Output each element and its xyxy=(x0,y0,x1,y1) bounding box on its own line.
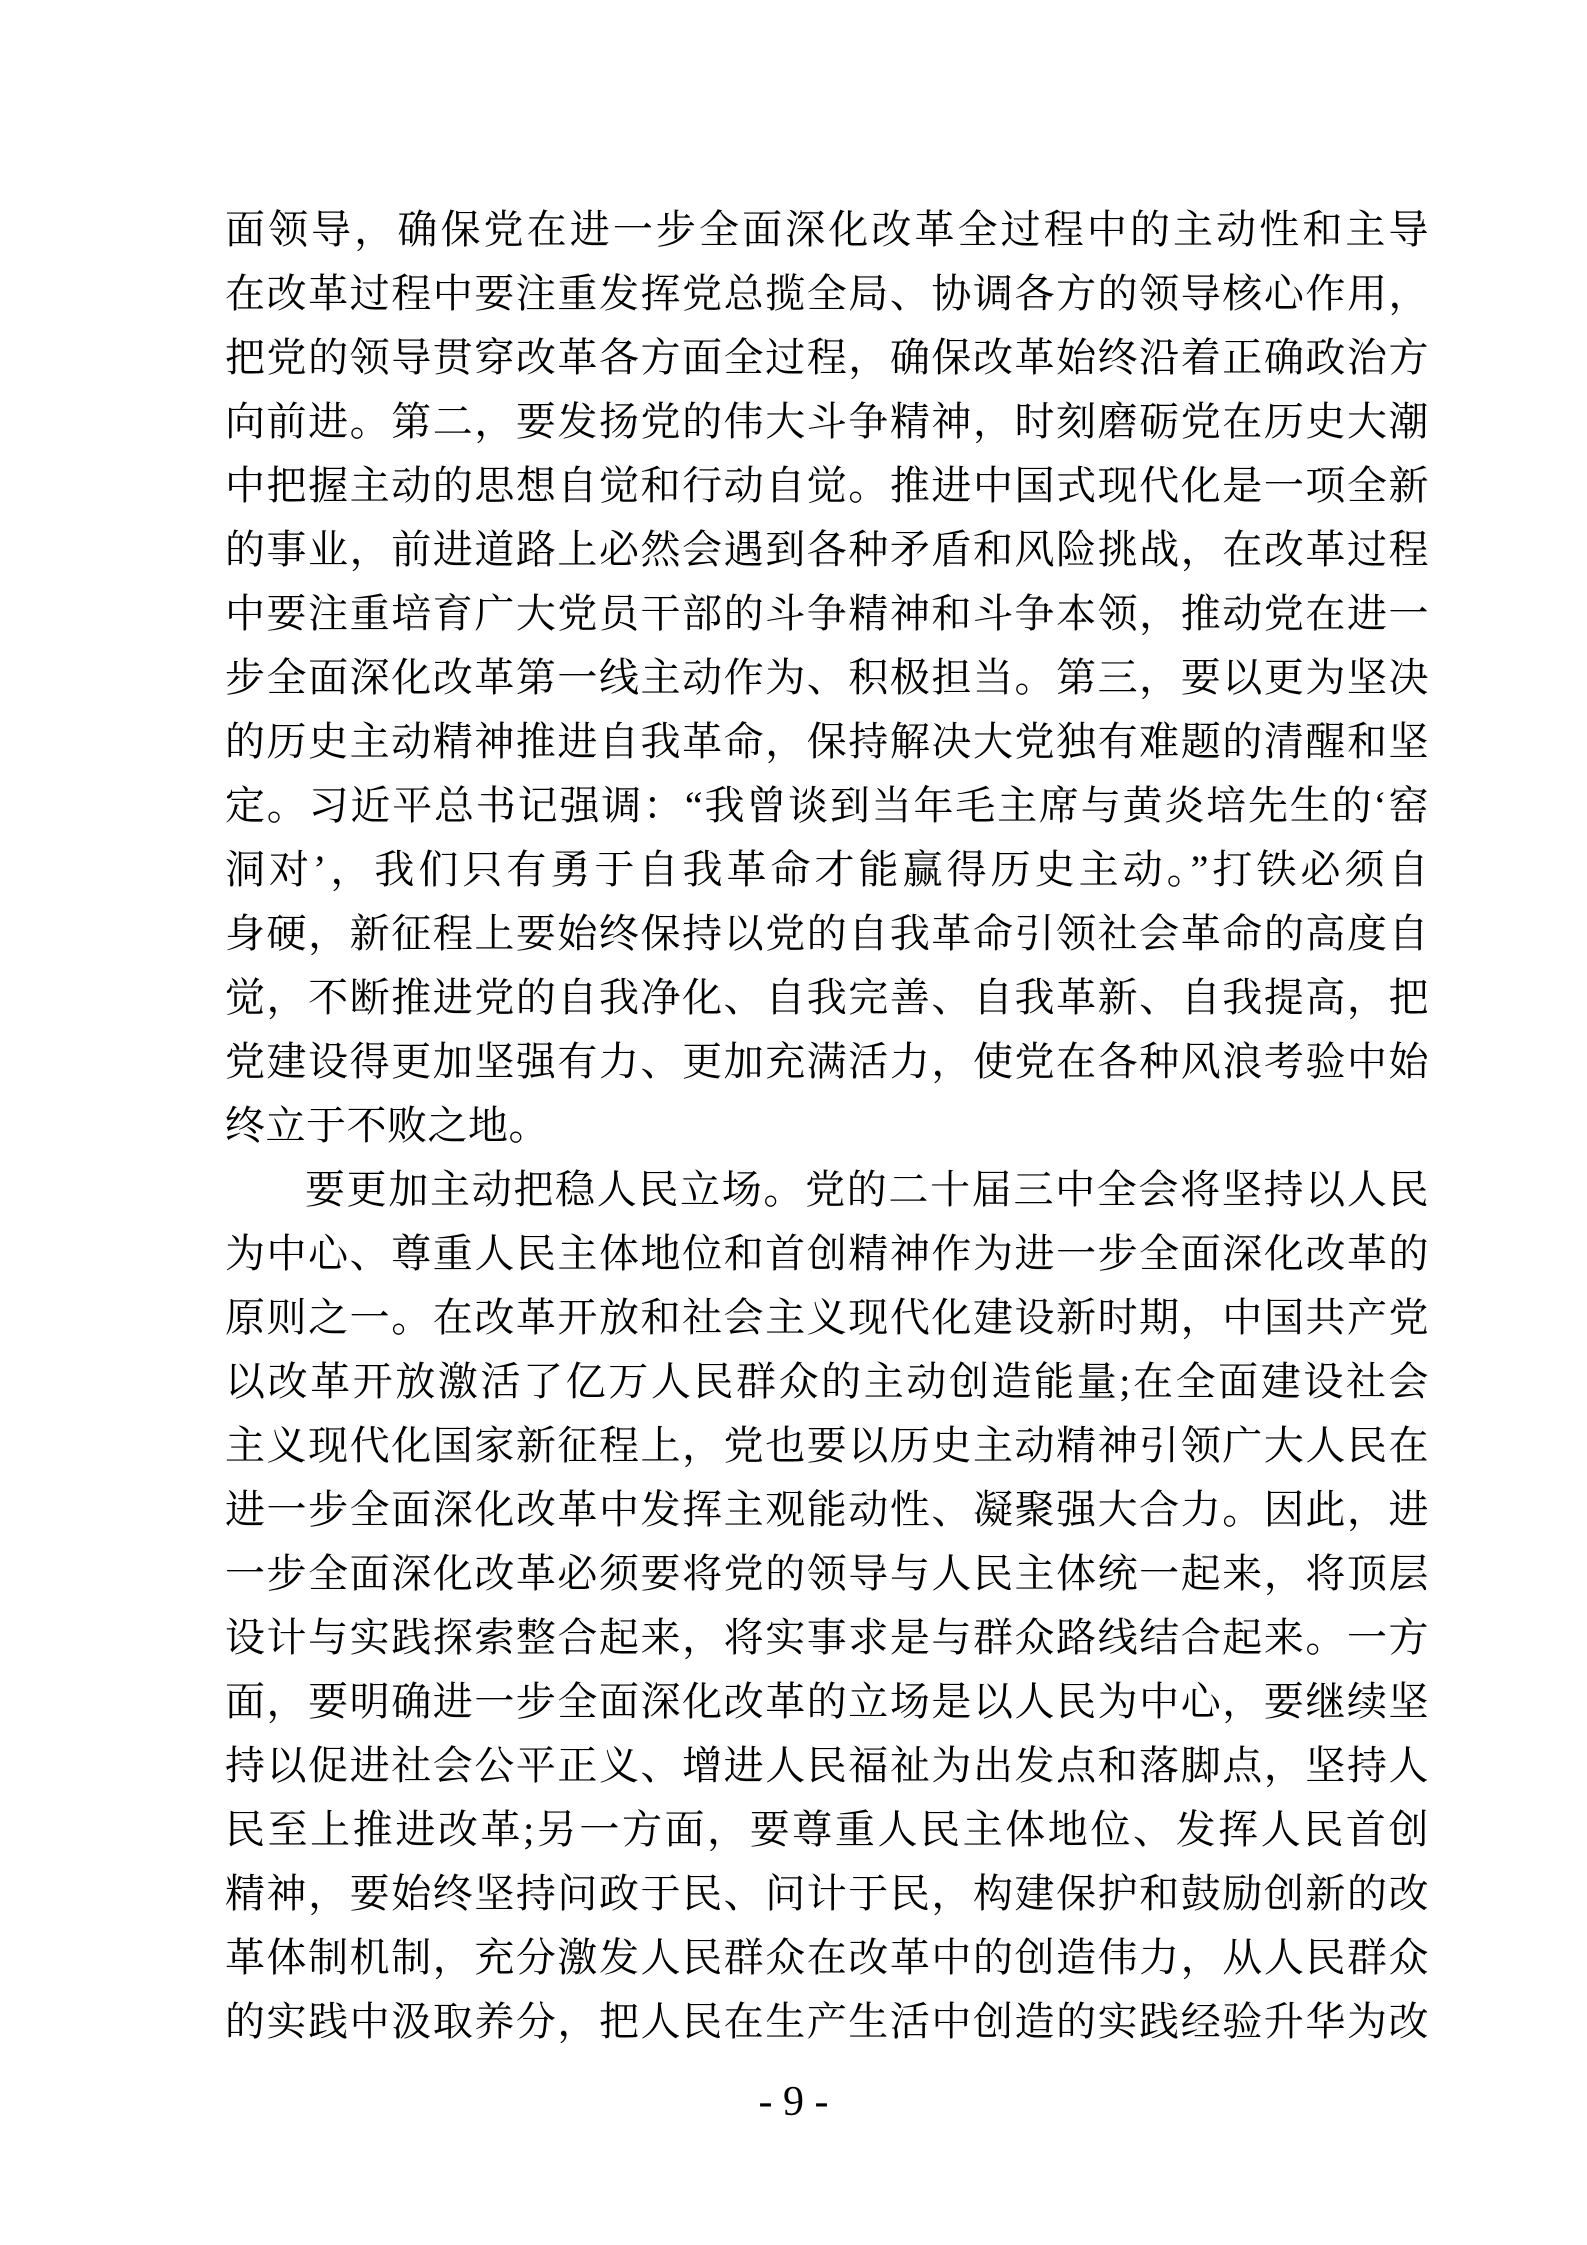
text-line: 步全面深化改革第一线主动作为、积极担当。第三，要以更为坚决 xyxy=(225,646,1429,710)
text-line: 中要注重培育广大党员干部的斗争精神和斗争本领，推动党在进一 xyxy=(225,582,1429,646)
text-line: 设计与实践探索整合起来，将实事求是与群众路线结合起来。一方 xyxy=(225,1606,1429,1670)
text-line: 精神，要始终坚持问政于民、问计于民，构建保护和鼓励创新的改 xyxy=(225,1862,1429,1926)
text-line: 党建设得更加坚强有力、更加充满活力，使党在各种风浪考验中始 xyxy=(225,1030,1429,1094)
text-line: 以改革开放激活了亿万人民群众的主动创造能量;在全面建设社会 xyxy=(225,1350,1429,1414)
text-line: 面领导，确保党在进一步全面深化改革全过程中的主动性和主导权。 xyxy=(225,198,1429,262)
text-line: 身硬，新征程上要始终保持以党的自我革命引领社会革命的高度自 xyxy=(225,902,1429,966)
text-line: 为中心、尊重人民主体地位和首创精神作为进一步全面深化改革的 xyxy=(225,1222,1429,1286)
text-line: 的历史主动精神推进自我革命，保持解决大党独有难题的清醒和坚 xyxy=(225,710,1429,774)
text-line: 民至上推进改革;另一方面，要尊重人民主体地位、发挥人民首创 xyxy=(225,1798,1429,1862)
text-line: 觉，不断推进党的自我净化、自我完善、自我革新、自我提高，把 xyxy=(225,966,1429,1030)
text-line: 进一步全面深化改革中发挥主观能动性、凝聚强大合力。因此，进 xyxy=(225,1478,1429,1542)
text-line: 面，要明确进一步全面深化改革的立场是以人民为中心，要继续坚 xyxy=(225,1670,1429,1734)
text-line: 持以促进社会公平正义、增进人民福祉为出发点和落脚点，坚持人 xyxy=(225,1734,1429,1798)
text-line: 的事业，前进道路上必然会遇到各种矛盾和风险挑战，在改革过程 xyxy=(225,518,1429,582)
text-line: 把党的领导贯穿改革各方面全过程，确保改革始终沿着正确政治方 xyxy=(225,326,1429,390)
document-body: 面领导，确保党在进一步全面深化改革全过程中的主动性和主导权。在改革过程中要注重发… xyxy=(225,198,1429,2054)
text-line: 主义现代化国家新征程上，党也要以历史主动精神引领广大人民在 xyxy=(225,1414,1429,1478)
text-line: 定。习近平总书记强调：“我曾谈到当年毛主席与黄炎培先生的‘窑 xyxy=(225,774,1429,838)
text-line: 原则之一。在改革开放和社会主义现代化建设新时期，中国共产党 xyxy=(225,1286,1429,1350)
text-line: 中把握主动的思想自觉和行动自觉。推进中国式现代化是一项全新 xyxy=(225,454,1429,518)
text-line: 洞对’，我们只有勇于自我革命才能赢得历史主动。”打铁必须自 xyxy=(225,838,1429,902)
text-line: 的实践中汲取养分，把人民在生产生活中创造的实践经验升华为改 xyxy=(225,1990,1429,2054)
document-page: 面领导，确保党在进一步全面深化改革全过程中的主动性和主导权。在改革过程中要注重发… xyxy=(0,0,1587,2245)
page-footer: - 9 - xyxy=(0,2078,1587,2126)
text-line: 一步全面深化改革必须要将党的领导与人民主体统一起来，将顶层 xyxy=(225,1542,1429,1606)
text-line: 终立于不败之地。 xyxy=(225,1094,1429,1158)
text-line: 向前进。第二，要发扬党的伟大斗争精神，时刻磨砺党在历史大潮 xyxy=(225,390,1429,454)
text-line: 在改革过程中要注重发挥党总揽全局、协调各方的领导核心作用， xyxy=(225,262,1429,326)
text-line: 革体制机制，充分激发人民群众在改革中的创造伟力，从人民群众 xyxy=(225,1926,1429,1990)
text-line: 要更加主动把稳人民立场。党的二十届三中全会将坚持以人民 xyxy=(225,1158,1429,1222)
page-number: - 9 - xyxy=(759,2079,829,2125)
